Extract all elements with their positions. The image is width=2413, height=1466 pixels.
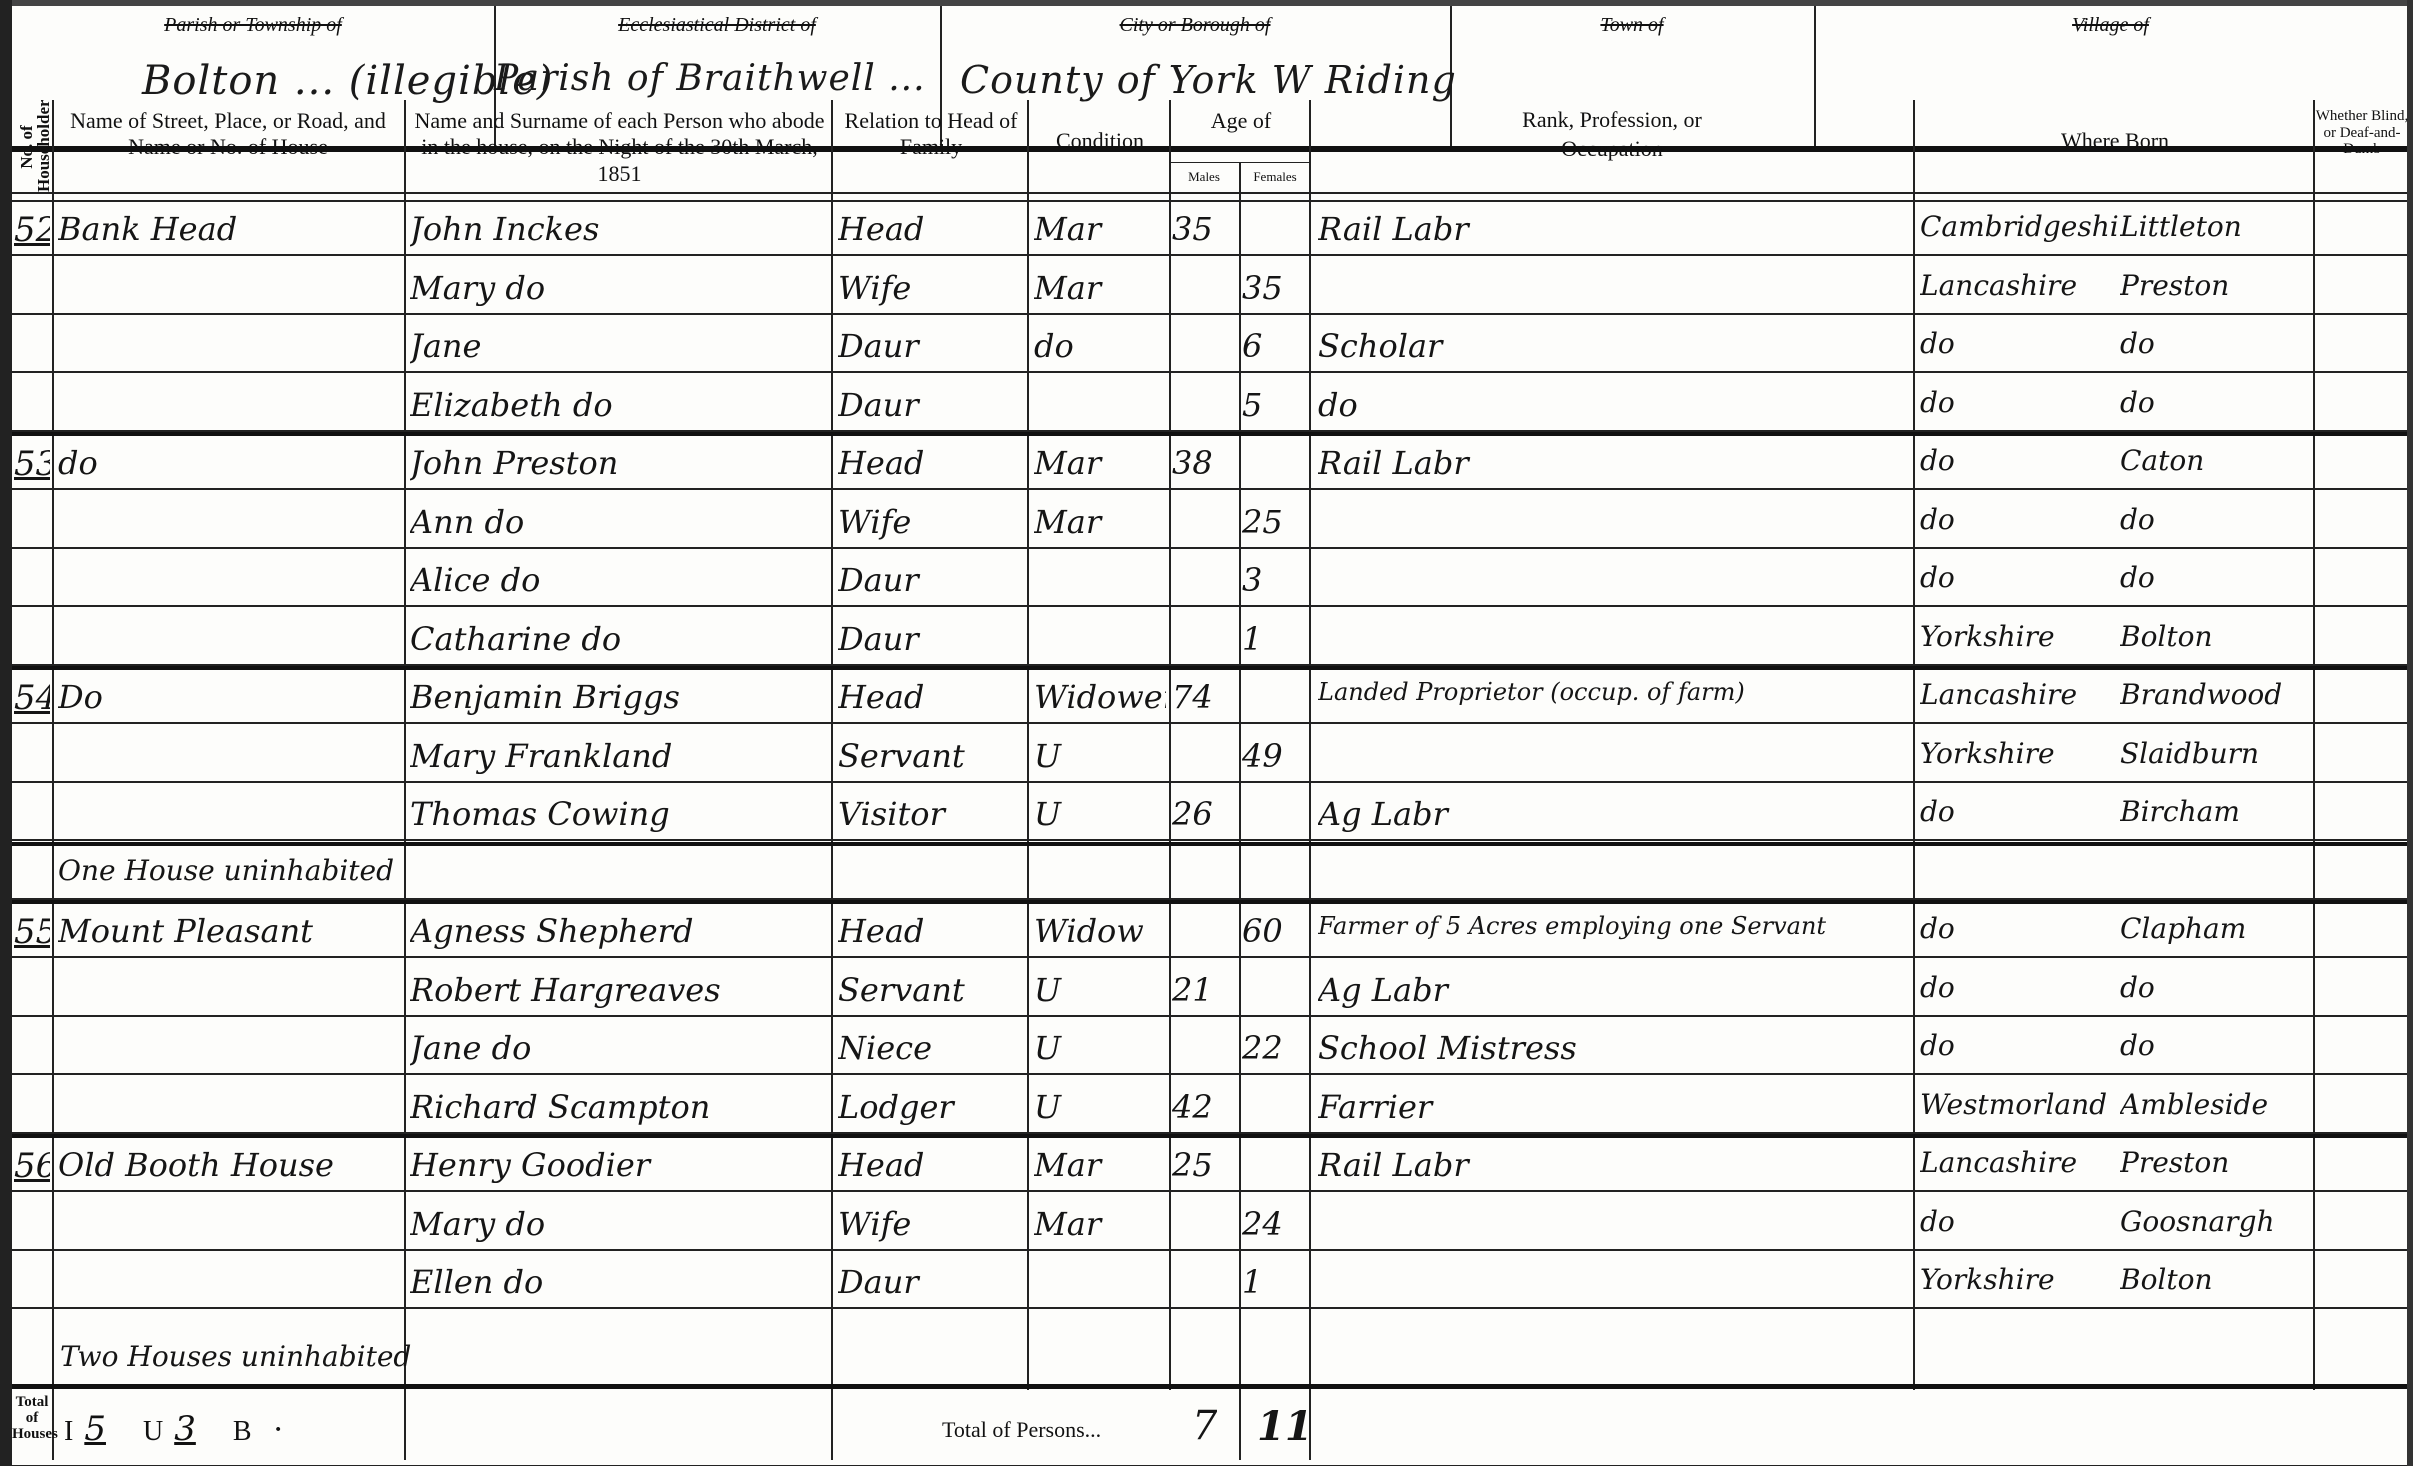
cell-born-place: Caton: [2120, 444, 2310, 477]
cell-born-county: Westmorland: [1920, 1088, 2120, 1121]
cell-female: 24: [1242, 1205, 1306, 1243]
cell-condition: Mar: [1034, 503, 1166, 541]
parish-value: Bolton ... (illegible): [142, 58, 554, 104]
cell-female: 49: [1242, 737, 1306, 775]
cell-occupation: Rail Labr: [1318, 1146, 1908, 1184]
city-value: County of York W Riding: [960, 58, 1457, 102]
cell-relation: Servant: [838, 737, 1023, 775]
cell-female: 5: [1242, 386, 1306, 424]
cell-born-place: do: [2120, 561, 2310, 594]
cell-female: 1: [1242, 1263, 1306, 1301]
cell-born-place: Clapham: [2120, 912, 2310, 945]
cell-occupation: Farmer of 5 Acres employing one Servant: [1318, 912, 1908, 940]
cell-condition: Mar: [1034, 210, 1166, 248]
cell-name: Mary do: [410, 269, 825, 307]
table-row: 56Old Booth HouseHenry GoodierHeadMar25R…: [12, 1136, 2407, 1192]
cell-name: Jane: [410, 327, 825, 365]
row-rule: [12, 371, 2407, 373]
town-label: Town of: [1450, 14, 1814, 37]
cell-occupation: Rail Labr: [1318, 444, 1908, 482]
cell-born-place: Preston: [2120, 269, 2310, 302]
table-row: 53doJohn PrestonHeadMar38Rail LabrdoCato…: [12, 434, 2407, 490]
cell-female: 3: [1242, 561, 1306, 599]
cell-street: Mount Pleasant: [58, 912, 398, 950]
cell-occupation: Rail Labr: [1318, 210, 1908, 248]
row-rule: [12, 956, 2407, 958]
cell-born-county: do: [1920, 561, 2120, 594]
table-row: Thomas CowingVisitorU26Ag LabrdoBircham: [12, 785, 2407, 841]
cell-born-county: Yorkshire: [1920, 620, 2120, 653]
table-row: Ann doWifeMar25dodo: [12, 493, 2407, 549]
table-row: JaneDaurdo6Scholardodo: [12, 317, 2407, 373]
col-blind-label: Whether Blind, or Deaf-and-Dumb: [2313, 108, 2409, 158]
cell-born-place: Brandwood: [2120, 678, 2310, 711]
cell-name: John Inckes: [410, 210, 825, 248]
right-edge: [2407, 0, 2413, 1466]
table-row: Robert HargreavesServantU21Ag Labrdodo: [12, 961, 2407, 1017]
cell-relation: Wife: [838, 503, 1023, 541]
total-persons-label: Total of Persons...: [942, 1417, 1101, 1443]
cell-male: 26: [1172, 795, 1236, 833]
cell-occupation: Landed Proprietor (occup. of farm): [1318, 678, 1908, 706]
census-page: Parish or Township of Bolton ... (illegi…: [0, 0, 2413, 1466]
cell-relation: Daur: [838, 620, 1023, 658]
table-row: Mary FranklandServantU49YorkshireSlaidbu…: [12, 727, 2407, 783]
cell-occupation: Farrier: [1318, 1088, 1908, 1126]
cell-born-place: do: [2120, 503, 2310, 536]
cell-born-county: Yorkshire: [1920, 1263, 2120, 1296]
row-rule: [12, 488, 2407, 490]
cell-male: 35: [1172, 210, 1236, 248]
cell-male: 25: [1172, 1146, 1236, 1184]
cell-condition: U: [1034, 737, 1166, 775]
row-rule: [12, 1073, 2407, 1075]
cell-name: Agness Shepherd: [410, 912, 825, 950]
col-males-label: Males: [1169, 162, 1239, 185]
cell-name: Elizabeth do: [410, 386, 825, 424]
cell-relation: Head: [838, 1146, 1023, 1184]
cell-condition: Mar: [1034, 269, 1166, 307]
houses-totals: I 5 U 3 B ·: [64, 1409, 284, 1449]
cell-relation: Wife: [838, 269, 1023, 307]
cell-born-place: Littleton: [2120, 210, 2310, 243]
cell-schedule: 56: [14, 1146, 50, 1186]
cell-occupation: Ag Labr: [1318, 971, 1908, 1009]
cell-condition: U: [1034, 795, 1166, 833]
cell-schedule: 53: [14, 444, 50, 484]
cell-schedule: 55: [14, 912, 50, 952]
inhabited-label: I: [64, 1416, 73, 1447]
left-edge: [0, 0, 12, 1466]
cell-male: 74: [1172, 678, 1236, 716]
cell-born-place: do: [2120, 971, 2310, 1004]
cell-relation: Daur: [838, 1263, 1023, 1301]
col-females-label: Females: [1239, 162, 1310, 185]
table-row: 52Bank HeadJohn InckesHeadMar35Rail Labr…: [12, 200, 2407, 256]
cell-occupation: Ag Labr: [1318, 795, 1908, 833]
cell-relation: Wife: [838, 1205, 1023, 1243]
row-rule: [12, 547, 2407, 549]
cell-name: Alice do: [410, 561, 825, 599]
cell-name: Ellen do: [410, 1263, 825, 1301]
cell-born-county: Lancashire: [1920, 678, 2120, 711]
cell-born-county: Cambridgeshire: [1920, 210, 2120, 243]
cell-born-place: Goosnargh: [2120, 1205, 2310, 1238]
row-rule: [12, 1015, 2407, 1017]
row-rule: [12, 313, 2407, 315]
cell-occupation: Scholar: [1318, 327, 1908, 365]
cell-relation: Daur: [838, 386, 1023, 424]
totals-row: Total of Houses I 5 U 3 B · Total of Per…: [12, 1384, 2407, 1466]
cell-born-county: do: [1920, 795, 2120, 828]
cell-street: Do: [58, 678, 398, 716]
cell-condition: do: [1034, 327, 1166, 365]
city-label: City or Borough of: [940, 14, 1450, 37]
cell-male: 38: [1172, 444, 1236, 482]
col-schedule-label: No. of Householder's Schedule: [18, 102, 54, 192]
row-rule: [12, 254, 2407, 256]
cell-relation: Niece: [838, 1029, 1023, 1067]
cell-condition: Widow: [1034, 912, 1166, 950]
cell-born-county: do: [1920, 1029, 2120, 1062]
cell-relation: Lodger: [838, 1088, 1023, 1126]
table-row: Mary doWifeMar24doGoosnargh: [12, 1195, 2407, 1251]
parish-label: Parish or Township of: [12, 14, 494, 37]
cell-born-place: Slaidburn: [2120, 737, 2310, 770]
cell-female: 35: [1242, 269, 1306, 307]
cell-female: 1: [1242, 620, 1306, 658]
col-name-label: Name and Surname of each Person who abod…: [404, 108, 833, 187]
cell-born-county: do: [1920, 327, 2120, 360]
table-row: 55Mount PleasantAgness ShepherdHeadWidow…: [12, 902, 2407, 958]
village-label: Village of: [1814, 14, 2407, 37]
cell-female: 22: [1242, 1029, 1306, 1067]
col-condition-label: Condition: [1027, 128, 1171, 154]
cell-male: 42: [1172, 1088, 1236, 1126]
table-row: Catharine doDaur1YorkshireBolton: [12, 610, 2407, 666]
cell-relation: Daur: [838, 327, 1023, 365]
cell-born-county: Lancashire: [1920, 269, 2120, 302]
total-males: 7: [1192, 1403, 1217, 1449]
cell-name: Catharine do: [410, 620, 825, 658]
cell-street: do: [58, 444, 398, 482]
cell-street: Old Booth House: [58, 1146, 398, 1184]
cell-born-county: do: [1920, 1205, 2120, 1238]
cell-relation: Head: [838, 912, 1023, 950]
cell-condition: Mar: [1034, 444, 1166, 482]
cell-born-county: do: [1920, 912, 2120, 945]
cell-relation: Head: [838, 210, 1023, 248]
col-occupation-label: Rank, Profession, or Occupation: [1309, 106, 1913, 163]
cell-born-place: Bolton: [2120, 1263, 2310, 1296]
cell-born-county: do: [1920, 444, 2120, 477]
building-value: ·: [273, 1411, 284, 1448]
cell-born-place: Preston: [2120, 1146, 2310, 1179]
row-rule: [12, 1190, 2407, 1192]
cell-born-county: do: [1920, 971, 2120, 1004]
table-row: Elizabeth doDaur5dododo: [12, 376, 2407, 432]
uninhabited-note: Two Houses uninhabited: [60, 1340, 411, 1373]
cell-male: 21: [1172, 971, 1236, 1009]
table-row: Richard ScamptonLodgerU42FarrierWestmorl…: [12, 1078, 2407, 1134]
col-relation-label: Relation to Head of Family: [831, 108, 1029, 161]
cell-schedule: 54: [14, 678, 50, 718]
uninhabited-label: U: [143, 1416, 163, 1447]
cell-name: Benjamin Briggs: [410, 678, 825, 716]
cell-born-place: Ambleside: [2120, 1088, 2310, 1121]
table-row: 54DoBenjamin BriggsHeadWidower74Landed P…: [12, 668, 2407, 724]
cell-name: Ann do: [410, 503, 825, 541]
cell-name: John Preston: [410, 444, 825, 482]
row-rule: [12, 781, 2407, 783]
column-headers: No. of Householder's Schedule Name of St…: [12, 100, 2407, 196]
cell-name: Richard Scampton: [410, 1088, 825, 1126]
cell-name: Henry Goodier: [410, 1146, 825, 1184]
cell-condition: Mar: [1034, 1146, 1166, 1184]
table-row: Mary doWifeMar35LancashirePreston: [12, 259, 2407, 315]
cell-born-county: do: [1920, 386, 2120, 419]
cell-born-place: do: [2120, 1029, 2310, 1062]
table-row: Jane doNieceU22School Mistressdodo: [12, 1019, 2407, 1075]
cell-condition: U: [1034, 971, 1166, 1009]
cell-born-county: do: [1920, 503, 2120, 536]
ecclesiastical-value: Parish of Braithwell ...: [494, 58, 926, 99]
cell-relation: Servant: [838, 971, 1023, 1009]
cell-occupation: School Mistress: [1318, 1029, 1908, 1067]
building-label: B: [233, 1416, 252, 1447]
cell-schedule: 52: [14, 210, 50, 250]
cell-condition: Widower: [1034, 678, 1166, 716]
row-rule: [12, 605, 2407, 607]
cell-relation: Head: [838, 678, 1023, 716]
cell-relation: Head: [838, 444, 1023, 482]
cell-name: Jane do: [410, 1029, 825, 1067]
cell-name: Robert Hargreaves: [410, 971, 825, 1009]
cell-condition: U: [1034, 1088, 1166, 1126]
cell-born-place: Bolton: [2120, 620, 2310, 653]
cell-name: Mary do: [410, 1205, 825, 1243]
inhabited-value: 5: [84, 1409, 106, 1449]
cell-occupation: do: [1318, 386, 1908, 424]
col-age-label: Age of: [1169, 108, 1311, 134]
cell-female: 60: [1242, 912, 1306, 950]
cell-female: 6: [1242, 327, 1306, 365]
cell-born-county: Yorkshire: [1920, 737, 2120, 770]
col-born-label: Where Born: [1913, 128, 2315, 154]
cell-female: 25: [1242, 503, 1306, 541]
total-females: 11: [1257, 1403, 1313, 1450]
table-row: Ellen doDaur1YorkshireBolton: [12, 1253, 2407, 1309]
cell-street: Bank Head: [58, 210, 398, 248]
table-row: Alice doDaur3dodo: [12, 551, 2407, 607]
cell-condition: Mar: [1034, 1205, 1166, 1243]
uninhabited-value: 3: [174, 1409, 196, 1449]
col-schedule: No. of Householder's Schedule: [12, 100, 54, 196]
row-rule: [12, 722, 2407, 724]
total-houses-label: Total of Houses: [12, 1395, 52, 1442]
cell-condition: U: [1034, 1029, 1166, 1067]
cell-name: Mary Frankland: [410, 737, 825, 775]
cell-relation: Daur: [838, 561, 1023, 599]
row-rule: [12, 1307, 2407, 1309]
cell-street: One House uninhabited: [58, 854, 858, 887]
cell-relation: Visitor: [838, 795, 1023, 833]
cell-name: Thomas Cowing: [410, 795, 825, 833]
table-row: One House uninhabited: [12, 844, 2407, 900]
row-rule: [12, 1249, 2407, 1251]
cell-born-place: Bircham: [2120, 795, 2310, 828]
cell-born-place: do: [2120, 327, 2310, 360]
cell-born-county: Lancashire: [1920, 1146, 2120, 1179]
cell-born-place: do: [2120, 386, 2310, 419]
ecclesiastical-label: Ecclesiastical District of: [494, 14, 940, 37]
col-street-label: Name of Street, Place, or Road, and Name…: [52, 108, 404, 161]
